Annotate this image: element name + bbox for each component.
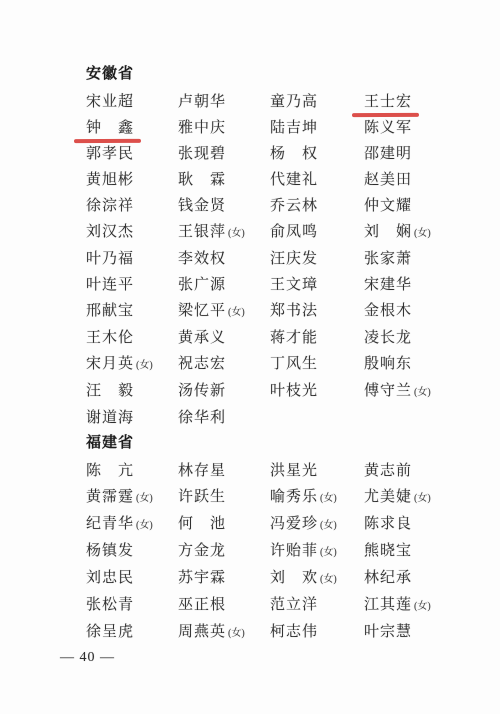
province-title: 安徽省 [86,66,466,82]
person-name: 叶宗慧 [364,625,412,640]
person-name: 王文璋 [270,278,318,293]
list-item: 刘 娴(女) [364,225,458,241]
female-marker: (女) [228,307,245,318]
list-item: 乔云林 [270,199,364,214]
female-marker: (女) [320,493,337,504]
female-marker: (女) [320,574,337,585]
person-name: 童乃高 [270,95,318,110]
list-item: 刘汉杰 [86,225,178,241]
list-item: 刘 欢(女) [270,571,364,587]
female-marker: (女) [136,493,153,504]
person-name: 俞凤鸣 [270,225,318,240]
list-item: 宋业超 [86,95,178,110]
list-item: 张家萧 [364,252,458,267]
document-page: 安徽省宋业超卢朝华童乃高王士宏钟 鑫雅中庆陆吉坤陈义军郭孝民张现碧杨 权邵建明黄… [0,0,500,714]
list-item: 宋月英(女) [86,357,178,373]
list-item: 江其莲(女) [364,598,458,614]
female-marker: (女) [320,520,337,531]
list-item: 殷响东 [364,357,458,373]
list-item: 徐呈虎 [86,625,178,641]
person-name: 洪星光 [270,464,318,479]
person-name: 林纪承 [364,571,412,586]
list-item: 钟 鑫 [86,121,178,136]
person-name: 刘汉杰 [86,225,134,240]
list-item: 许跃生 [178,490,270,506]
list-item: 汤传新 [178,384,270,400]
person-name-red-underlined: 王士宏 [364,95,412,110]
list-item: 汪 毅 [86,384,178,400]
person-name: 丁风生 [270,357,318,372]
list-item: 喻秀乐(女) [270,490,364,506]
list-item: 冯爱珍(女) [270,517,364,533]
person-name: 钱金贤 [178,199,226,214]
list-item: 杨 权 [270,147,364,162]
person-name: 殷响东 [364,357,412,372]
female-marker: (女) [136,520,153,531]
list-item: 邢献宝 [86,304,178,320]
female-marker: (女) [414,493,431,504]
person-name: 冯爱珍 [270,517,318,532]
list-item: 洪星光 [270,464,364,479]
person-name: 徐淙祥 [86,199,134,214]
list-item: 陈义军 [364,121,458,136]
list-item: 仲文耀 [364,199,458,214]
list-item: 汪庆发 [270,252,364,267]
person-name: 刘忠民 [86,571,134,586]
list-item: 钱金贤 [178,199,270,214]
list-item: 王士宏 [364,95,458,110]
person-name: 张家萧 [364,252,412,267]
person-name: 仲文耀 [364,199,412,214]
person-name: 代建礼 [270,173,318,188]
female-marker: (女) [414,387,431,398]
list-item: 徐华利 [178,411,270,426]
list-item: 叶连平 [86,278,178,293]
list-item: 徐淙祥 [86,199,178,214]
list-item: 傅守兰(女) [364,384,458,400]
list-item: 黄志前 [364,464,458,479]
person-name: 叶枝光 [270,384,318,399]
list-item: 耿 霖 [178,173,270,188]
female-marker: (女) [414,228,431,239]
person-name: 黄旭彬 [86,173,134,188]
person-name: 乔云林 [270,199,318,214]
person-name: 江其莲 [364,598,412,613]
person-name: 蒋才能 [270,331,318,346]
person-name: 叶连平 [86,278,134,293]
list-item: 赵美田 [364,173,458,188]
person-name: 郭孝民 [86,147,134,162]
person-name-red-underlined: 钟 鑫 [86,121,134,136]
person-name: 刘 欢 [270,571,318,586]
list-item: 叶乃福 [86,252,178,267]
list-item: 代建礼 [270,173,364,188]
list-item: 周燕英(女) [178,625,270,641]
person-name: 梁忆平 [178,304,226,319]
list-item: 纪青华(女) [86,517,178,533]
list-item: 方金龙 [178,544,270,560]
list-item: 何 池 [178,517,270,533]
person-name: 王木伦 [86,331,134,346]
person-name: 陆吉坤 [270,121,318,136]
person-name: 刘 娴 [364,225,412,240]
person-name: 许贻菲 [270,544,318,559]
list-item: 张广源 [178,278,270,293]
person-name: 熊晓宝 [364,544,412,559]
person-name: 邢献宝 [86,304,134,319]
female-marker: (女) [320,547,337,558]
person-name: 黄志前 [364,464,412,479]
female-marker: (女) [414,601,431,612]
list-item: 苏宇霖 [178,571,270,587]
person-name: 黄承义 [178,331,226,346]
list-item: 丁风生 [270,357,364,373]
page-number: — 40 — [60,650,115,666]
list-item: 张现碧 [178,147,270,162]
list-item: 宋建华 [364,278,458,293]
person-name: 黄霈霆 [86,490,134,505]
list-item: 黄承义 [178,331,270,346]
name-list-content: 安徽省宋业超卢朝华童乃高王士宏钟 鑫雅中庆陆吉坤陈义军郭孝民张现碧杨 权邵建明黄… [86,66,466,650]
list-item: 李效权 [178,252,270,267]
person-name: 陈求良 [364,517,412,532]
list-item: 王文璋 [270,278,364,293]
list-item: 杨镇发 [86,544,178,560]
list-item: 林存星 [178,464,270,479]
person-name: 方金龙 [178,544,226,559]
list-item: 刘忠民 [86,571,178,587]
list-item: 林纪承 [364,571,458,587]
person-name: 耿 霖 [178,173,226,188]
person-name: 宋建华 [364,278,412,293]
list-item: 叶宗慧 [364,625,458,641]
list-item: 童乃高 [270,95,364,110]
province-title: 福建省 [86,435,466,451]
list-item: 叶枝光 [270,384,364,400]
female-marker: (女) [228,628,245,639]
list-item: 谢道海 [86,411,178,426]
person-name: 纪青华 [86,517,134,532]
person-name: 金根木 [364,304,412,319]
person-name: 徐华利 [178,411,226,426]
list-item: 熊晓宝 [364,544,458,560]
person-name: 杨 权 [270,147,318,162]
person-name: 巫正根 [178,598,226,613]
female-marker: (女) [136,360,153,371]
name-grid: 宋业超卢朝华童乃高王士宏钟 鑫雅中庆陆吉坤陈义军郭孝民张现碧杨 权邵建明黄旭彬耿… [86,95,466,426]
person-name: 李效权 [178,252,226,267]
person-name: 徐呈虎 [86,625,134,640]
person-name: 苏宇霖 [178,571,226,586]
person-name: 郑书法 [270,304,318,319]
person-name: 叶乃福 [86,252,134,267]
person-name: 林存星 [178,464,226,479]
person-name: 张广源 [178,278,226,293]
person-name: 范立洋 [270,598,318,613]
list-item: 金根木 [364,304,458,320]
list-item: 卢朝华 [178,95,270,110]
list-item: 凌长龙 [364,331,458,346]
list-item: 张松青 [86,598,178,614]
person-name: 张松青 [86,598,134,613]
list-item: 陈求良 [364,517,458,533]
list-item: 陈 亢 [86,464,178,479]
person-name: 尤美婕 [364,490,412,505]
person-name: 赵美田 [364,173,412,188]
person-name: 宋月英 [86,357,134,372]
list-item: 俞凤鸣 [270,225,364,241]
person-name: 何 池 [178,517,226,532]
list-item: 梁忆平(女) [178,304,270,320]
list-item: 祝志宏 [178,357,270,373]
person-name: 宋业超 [86,95,134,110]
person-name: 邵建明 [364,147,412,162]
female-marker: (女) [228,228,245,239]
person-name: 傅守兰 [364,384,412,399]
person-name: 王银萍 [178,225,226,240]
person-name: 汪庆发 [270,252,318,267]
list-item: 陆吉坤 [270,121,364,136]
person-name: 凌长龙 [364,331,412,346]
list-item: 巫正根 [178,598,270,614]
province-section: 福建省陈 亢林存星洪星光黄志前黄霈霆(女)许跃生喻秀乐(女)尤美婕(女)纪青华(… [86,435,466,641]
list-item: 郭孝民 [86,147,178,162]
person-name: 汤传新 [178,384,226,399]
list-item: 黄霈霆(女) [86,490,178,506]
list-item: 尤美婕(女) [364,490,458,506]
province-section: 安徽省宋业超卢朝华童乃高王士宏钟 鑫雅中庆陆吉坤陈义军郭孝民张现碧杨 权邵建明黄… [86,66,466,426]
list-item: 邵建明 [364,147,458,162]
list-item: 王木伦 [86,331,178,346]
list-item: 范立洋 [270,598,364,614]
list-item: 蒋才能 [270,331,364,346]
person-name: 祝志宏 [178,357,226,372]
person-name: 许跃生 [178,490,226,505]
person-name: 杨镇发 [86,544,134,559]
person-name: 陈 亢 [86,464,134,479]
list-item: 柯志伟 [270,625,364,641]
person-name: 卢朝华 [178,95,226,110]
person-name: 雅中庆 [178,121,226,136]
list-item: 许贻菲(女) [270,544,364,560]
list-item: 雅中庆 [178,121,270,136]
person-name: 周燕英 [178,625,226,640]
name-grid: 陈 亢林存星洪星光黄志前黄霈霆(女)许跃生喻秀乐(女)尤美婕(女)纪青华(女)何… [86,464,466,641]
person-name: 喻秀乐 [270,490,318,505]
person-name: 谢道海 [86,411,134,426]
person-name: 张现碧 [178,147,226,162]
list-item: 黄旭彬 [86,173,178,188]
list-item: 王银萍(女) [178,225,270,241]
person-name: 柯志伟 [270,625,318,640]
person-name: 陈义军 [364,121,412,136]
list-item: 郑书法 [270,304,364,320]
person-name: 汪 毅 [86,384,134,399]
